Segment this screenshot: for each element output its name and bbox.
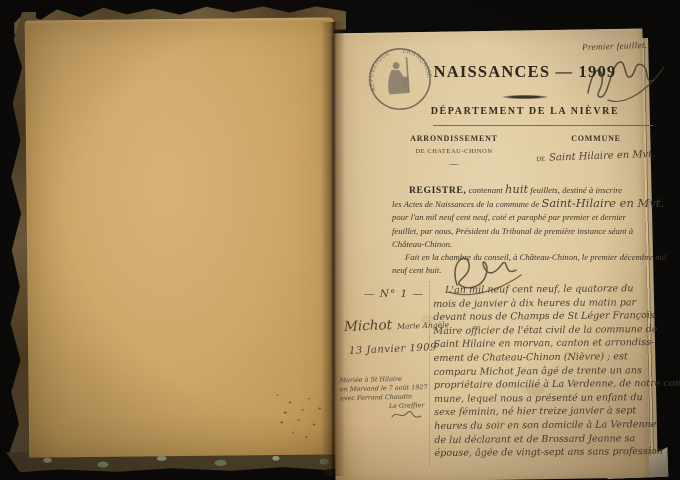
registre-line1a: contenant — [469, 185, 503, 195]
registre-line5: Château-Chinon. — [392, 238, 670, 251]
register-title: NAISSANCES — 1909 — [420, 62, 630, 82]
act-body-text: L'an mil neuf cent neuf, le quatorze du … — [433, 282, 680, 461]
commune-prefix: DE — [537, 156, 546, 163]
registre-line2a: les Actes de Naissances de la commune de — [392, 199, 539, 209]
clerk-signature-small — [388, 408, 428, 424]
act-body-line: propriétaire domicilié à La Verdenne, de… — [434, 377, 680, 393]
margin-divider-line — [429, 281, 430, 465]
horizontal-rule — [433, 125, 653, 126]
commune-handwritten-value: Saint Hilaire en Mvt. — [549, 149, 656, 164]
act-body-line: Saint Hilaire en morvan, canton et arron… — [433, 336, 679, 352]
scanned-birth-register-photo: RÉPUBLIQUE FRANÇAISE Premier feuillet. N… — [0, 0, 680, 480]
separator-dash: — — [398, 159, 510, 169]
marriage-margin-note: Mariée à St Hilaire en Morvand le 7 août… — [340, 374, 447, 413]
ornamental-rule — [502, 95, 548, 99]
sheet-count-handwritten: huit — [505, 182, 528, 196]
commune-block: COMMUNE DE Saint Hilaire en Mvt. — [536, 134, 656, 164]
registre-line4: feuillet, par nous, Président du Tribuna… — [392, 225, 670, 238]
arrondissement-value: DE CHATEAU-CHINON — [398, 148, 510, 155]
act-body-line: heures du soir en son domicile à La Verd… — [434, 418, 680, 434]
registre-line3: pour l'an mil neuf cent neuf, coté et pa… — [392, 211, 670, 224]
marianne-figure-icon — [386, 57, 410, 94]
commune-name-handwritten: Saint-Hilaire en Mvt. — [541, 196, 664, 210]
registre-line1b: feuillets, destiné à inscrire — [530, 185, 622, 195]
act-surname: Michot — [344, 317, 392, 335]
left-blank-page — [25, 17, 339, 457]
registre-paragraph: REGISTRE, contenant huit feuillets, dest… — [392, 183, 670, 277]
department-heading: DÉPARTEMENT DE LA NIÈVRE — [420, 106, 630, 117]
act-body-line: épouse, âgée de vingt-sept ans sans prof… — [434, 445, 680, 461]
registre-line6: Fait en la chambre du conseil, à Château… — [392, 251, 670, 264]
arrondissement-label: ARRONDISSEMENT — [398, 134, 510, 143]
commune-label: COMMUNE — [536, 134, 656, 143]
arrondissement-block: ARRONDISSEMENT DE CHATEAU-CHINON — — [398, 134, 510, 169]
act-number: — N° 1 — — [352, 288, 436, 300]
registre-word: REGISTRE, — [409, 185, 466, 196]
registre-line7: neuf cent huit. — [392, 264, 670, 277]
